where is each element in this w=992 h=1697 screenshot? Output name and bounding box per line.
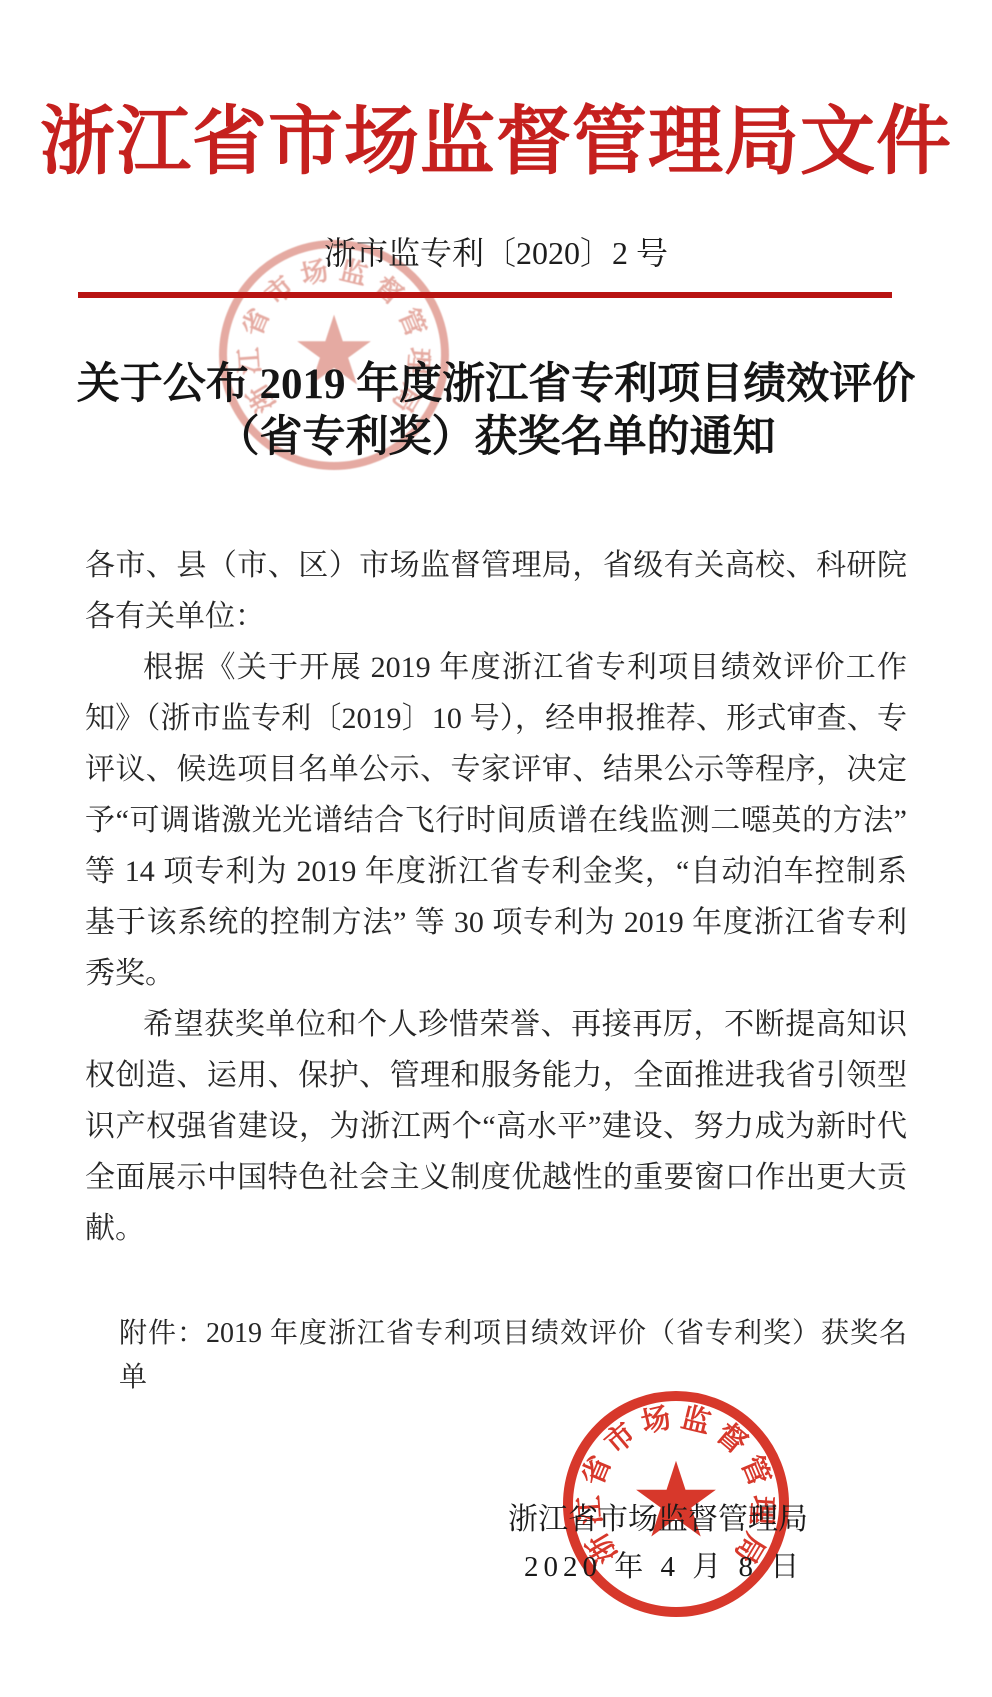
body-line: 全面展示中国特色社会主义制度优越性的重要窗口作出更大贡 — [85, 1152, 907, 1203]
seal-character: 市 — [261, 272, 299, 310]
seal-character: 督 — [711, 1419, 752, 1460]
seal-character: 督 — [369, 272, 407, 310]
body-line: 各有关单位： — [85, 591, 907, 642]
body-line: 希望获奖单位和个人珍惜荣誉、再接再厉，不断提高知识产 — [85, 999, 907, 1050]
seal-character: 管 — [394, 305, 429, 340]
seal-character: 省 — [239, 305, 274, 340]
notice-title: 关于公布 2019 年度浙江省专利项目绩效评价 （省专利奖）获奖名单的通知 — [0, 358, 992, 464]
body-line: 权创造、运用、保护、管理和服务能力，全面推进我省引领型知 — [85, 1050, 907, 1101]
signature-date: 2020 年 4 月 8 日 — [524, 1549, 750, 1585]
document-number: 浙市监专利〔2020〕2 号 — [0, 228, 992, 274]
body-line: 识产权强省建设，为浙江两个“高水平”建设、努力成为新时代 — [85, 1101, 907, 1152]
body-line: 各市、县（市、区）市场监督管理局，省级有关高校、科研院所， — [85, 540, 907, 591]
document-page: 浙江省市场监督管理局文件 ★ 浙江省市场监督管理局 浙市监专利〔2020〕2 号… — [0, 0, 992, 1697]
body-line: 予“可调谐激光光谱结合飞行时间质谱在线监测二噁英的方法” — [85, 795, 907, 846]
notice-title-line-2: （省专利奖）获奖名单的通知 — [0, 411, 992, 464]
red-separator-rule — [78, 292, 892, 298]
body-line: 基于该系统的控制方法” 等 30 项专利为 2019 年度浙江省专利优 — [85, 897, 907, 948]
notice-title-line-1: 关于公布 2019 年度浙江省专利项目绩效评价 — [0, 358, 992, 411]
seal-character: 场 — [639, 1404, 674, 1439]
document-header-title: 浙江省市场监督管理局文件 — [0, 82, 992, 189]
seal-character: 监 — [678, 1404, 713, 1439]
attachment-line: 附件：2019 年度浙江省专利项目绩效评价（省专利奖）获奖名单 — [85, 1312, 907, 1400]
seal-character: 省 — [579, 1452, 617, 1490]
body-line: 评议、候选项目名单公示、专家评审、结果公示等程序，决定授 — [85, 744, 907, 795]
seal-character: 管 — [735, 1452, 773, 1490]
body-text: 各市、县（市、区）市场监督管理局，省级有关高校、科研院所，各有关单位：根据《关于… — [85, 540, 907, 1254]
body-line: 等 14 项专利为 2019 年度浙江省专利金奖，“自动泊车控制系统及 — [85, 846, 907, 897]
body-line: 献。 — [85, 1203, 907, 1254]
body-line: 根据《关于开展 2019 年度浙江省专利项目绩效评价工作的通 — [85, 642, 907, 693]
seal-character: 市 — [601, 1419, 642, 1460]
body-line: 秀奖。 — [85, 948, 907, 999]
signature-org: 浙江省市场监督管理局 — [508, 1502, 790, 1538]
body-line: 知》（浙市监专利〔2019〕10 号），经申报推荐、形式审查、专利 — [85, 693, 907, 744]
